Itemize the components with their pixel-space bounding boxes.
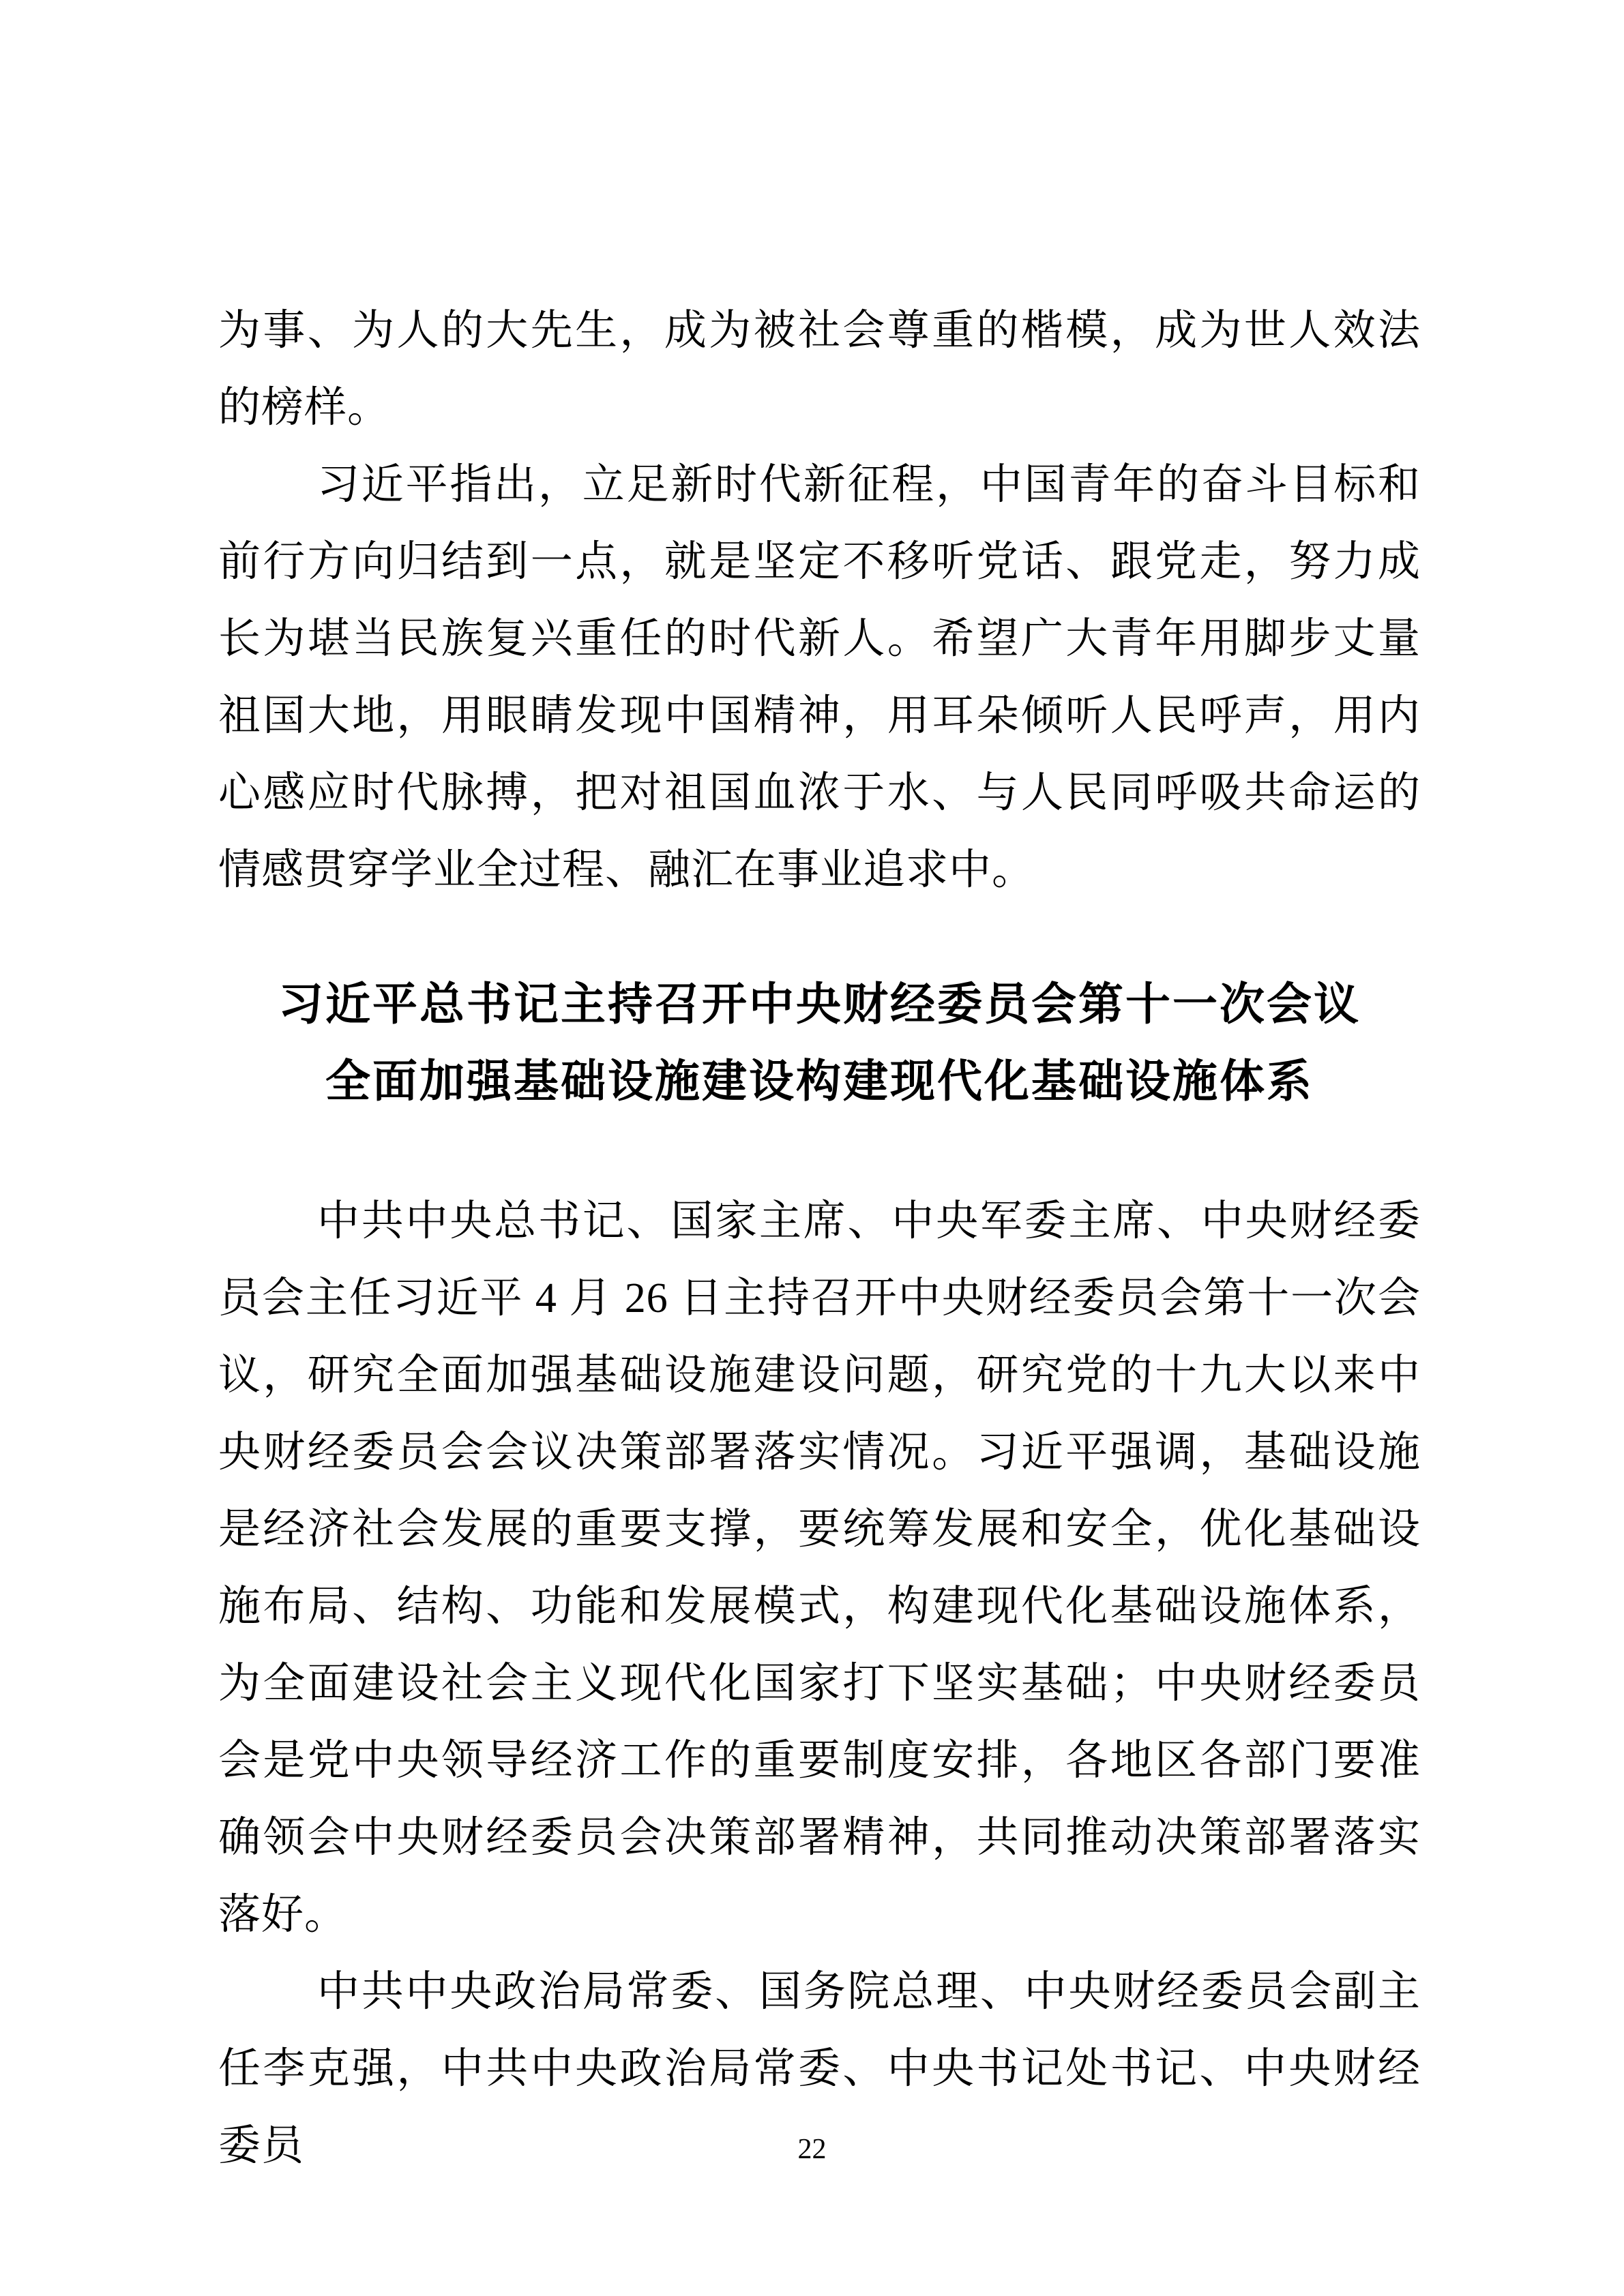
page-number: 22 — [0, 2133, 1624, 2166]
heading-line-2: 全面加强基础设施建设构建现代化基础设施体系 — [218, 1043, 1421, 1120]
document-page: 为事、为人的大先生，成为被社会尊重的楷模，成为世人效法的榜样。 习近平指出，立足… — [0, 0, 1624, 2296]
heading-line-1: 习近平总书记主持召开中央财经委员会第十一次会议 — [218, 966, 1421, 1043]
article-heading: 习近平总书记主持召开中央财经委员会第十一次会议 全面加强基础设施建设构建现代化基… — [218, 966, 1421, 1120]
paragraph-continued-from-previous-page: 为事、为人的大先生，成为被社会尊重的楷模，成为世人效法的榜样。 — [218, 293, 1421, 447]
paragraph: 习近平指出，立足新时代新征程，中国青年的奋斗目标和前行方向归结到一点，就是坚定不… — [218, 447, 1421, 909]
page-content: 为事、为人的大先生，成为被社会尊重的楷模，成为世人效法的榜样。 习近平指出，立足… — [218, 293, 1421, 2185]
paragraph: 中共中央总书记、国家主席、中央军委主席、中央财经委员会主任习近平 4 月 26 … — [218, 1183, 1421, 1954]
